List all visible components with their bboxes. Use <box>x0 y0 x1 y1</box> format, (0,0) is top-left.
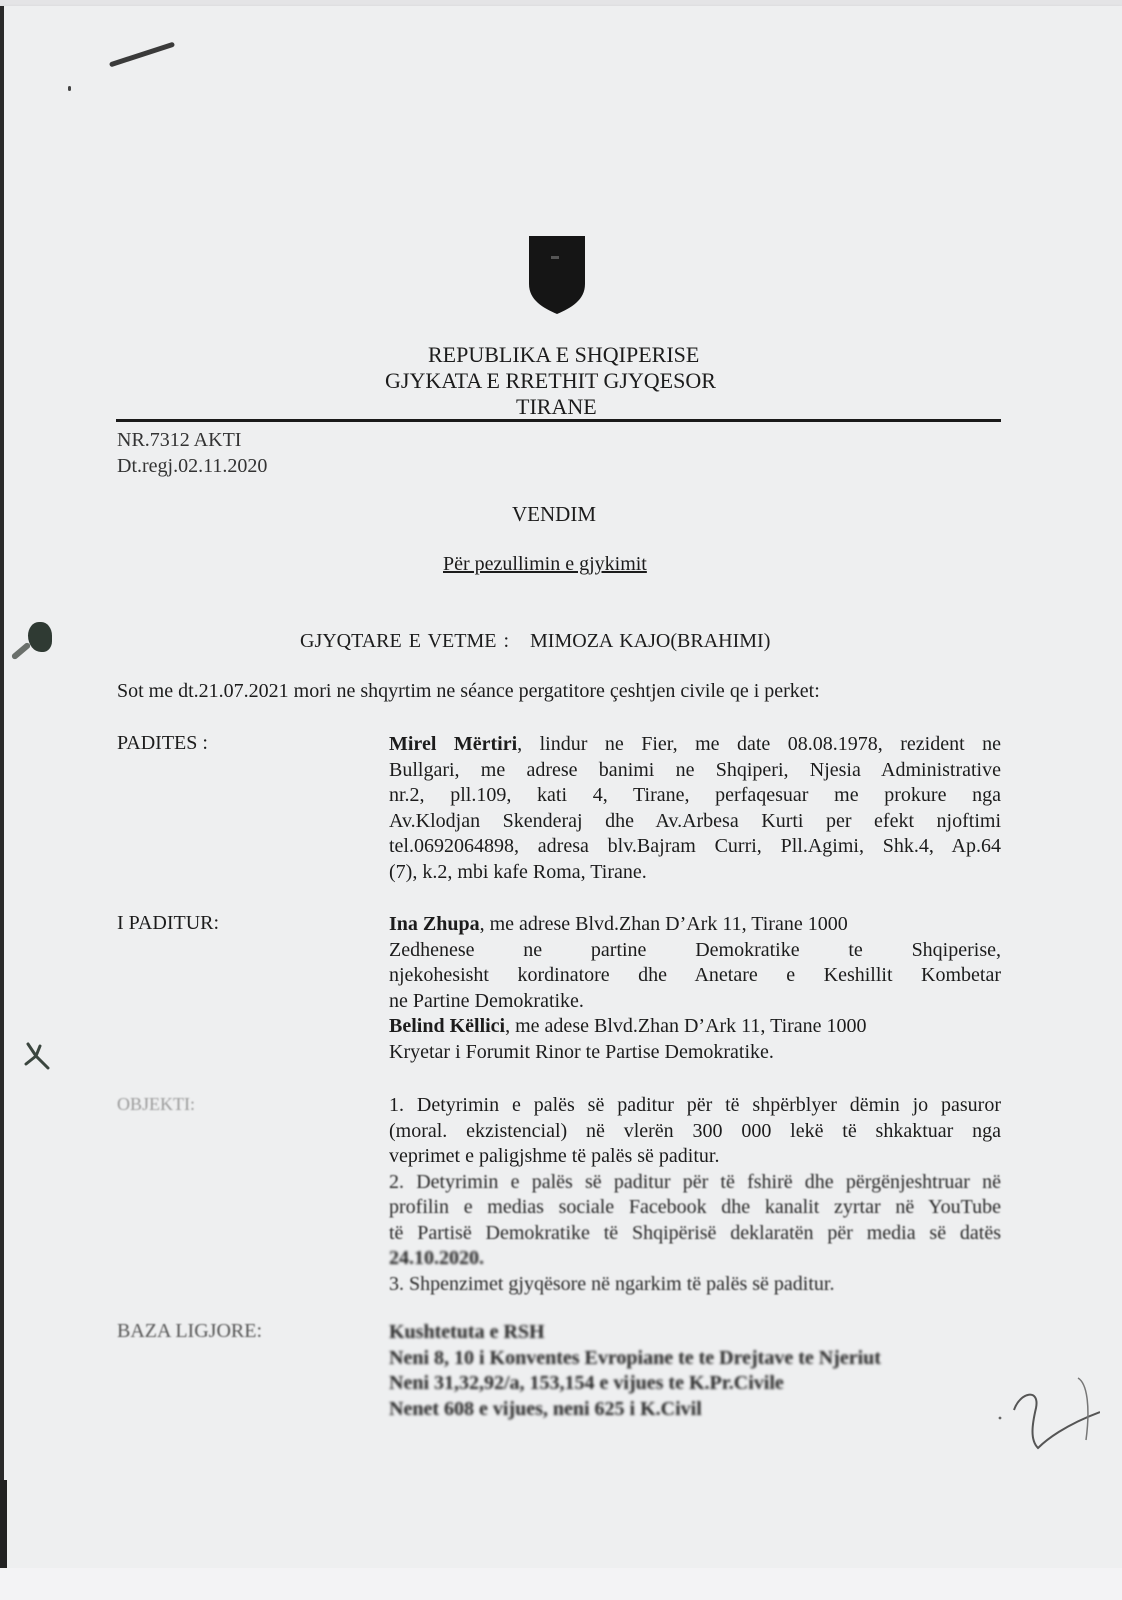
document-title: VENDIM <box>512 502 596 527</box>
albanian-coat-of-arms-icon <box>527 234 587 314</box>
legal-basis-line: Neni 31,32,92/a, 153,154 e vijues te K.P… <box>389 1371 949 1397</box>
defendant-line: , me adese Blvd.Zhan D’Ark 11, Tirane 10… <box>505 1015 866 1037</box>
plaintiff-line: tel.0692064898, adresa blv.Bajram Curri,… <box>389 834 1001 860</box>
object-line: 1. Detyrimin e palës së paditur për të s… <box>389 1093 1001 1119</box>
defendant-details: Ina Zhupa, me adrese Blvd.Zhan D’Ark 11,… <box>389 912 1001 1065</box>
legal-basis-label: BAZA LIGJORE: <box>117 1320 262 1343</box>
defendant-line: Zedhenese ne partine Demokratike te Shqi… <box>389 938 1001 964</box>
defendant-label: I PADITUR: <box>117 912 219 935</box>
defendant-1-name: Ina Zhupa <box>389 913 480 935</box>
ink-scratch-mark <box>22 1040 52 1070</box>
ink-dot-mark <box>68 86 71 91</box>
object-line: 3. Shpenzimet gjyqësore në ngarkim të pa… <box>389 1272 1001 1298</box>
object-details: 1. Detyrimin e palës së paditur për të s… <box>389 1093 1001 1297</box>
left-edge-shadow <box>0 1480 7 1568</box>
object-line: 2. Detyrimin e palës së paditur për të f… <box>389 1170 1001 1196</box>
object-line: profilin e medias sociale Facebook dhe k… <box>389 1195 1001 1221</box>
ink-blot-mark <box>28 622 52 652</box>
legal-basis-line: Nenet 608 e vijues, neni 625 i K.Civil <box>389 1397 949 1423</box>
registration-date: Dt.regj.02.11.2020 <box>117 453 267 479</box>
defendant-line: , me adrese Blvd.Zhan D’Ark 11, Tirane 1… <box>480 913 848 935</box>
case-meta: NR.7312 AKTI Dt.regj.02.11.2020 <box>117 427 267 479</box>
defendant-2-name: Belind Këllici <box>389 1015 505 1037</box>
plaintiff-line: (7), k.2, mbi kafe Roma, Tirane. <box>389 860 1001 886</box>
judge-line: GJYQTARE E VETME : MIMOZA KAJO(BRAHIMI) <box>300 630 770 653</box>
court-header: REPUBLIKA E SHQIPERISE <box>428 342 728 368</box>
plaintiff-line: nr.2, pll.109, kati 4, Tirane, perfaqesu… <box>389 783 1001 809</box>
plaintiff-name: Mirel Mërtiri <box>389 733 517 755</box>
object-label: OBJEKTI: <box>117 1094 195 1115</box>
bottom-margin <box>0 1568 1122 1600</box>
header-line-court: GJYKATA E RRETHIT GJYQESOR <box>385 368 716 394</box>
header-line-city: TIRANE <box>516 394 597 420</box>
object-line: 24.10.2020. <box>389 1246 1001 1272</box>
document-subtitle: Për pezullimin e gjykimit <box>443 553 647 576</box>
header-divider <box>116 419 1001 422</box>
defendant-line: Kryetar i Forumit Rinor te Partise Demok… <box>389 1040 1001 1066</box>
header-line-republic: REPUBLIKA E SHQIPERISE <box>428 342 728 368</box>
object-line: të Partisë Demokratike të Shqipërisë dek… <box>389 1221 1001 1247</box>
legal-basis-line: Kushtetuta e RSH <box>389 1320 949 1346</box>
defendant-line: ne Partine Demokratike. <box>389 989 1001 1015</box>
legal-basis-line: Neni 8, 10 i Konventes Evropiane te te D… <box>389 1346 949 1372</box>
object-line: (moral. ekzistencial) në vlerën 300 000 … <box>389 1119 1001 1145</box>
intro-line: Sot me dt.21.07.2021 mori ne shqyrtim ne… <box>117 680 820 703</box>
plaintiff-details: Mirel Mërtiri, lindur ne Fier, me date 0… <box>389 732 1001 885</box>
plaintiff-line: Av.Klodjan Skenderaj dhe Av.Arbesa Kurti… <box>389 809 1001 835</box>
object-line: veprimet e paligjshme të palës së paditu… <box>389 1144 1001 1170</box>
legal-basis-details: Kushtetuta e RSH Neni 8, 10 i Konventes … <box>389 1320 949 1422</box>
case-number: NR.7312 AKTI <box>117 427 267 453</box>
signature-mark <box>990 1370 1100 1460</box>
plaintiff-label: PADITES : <box>117 732 208 755</box>
defendant-line: njekohesisht kordinatore dhe Anetare e K… <box>389 963 1001 989</box>
plaintiff-line: Bullgari, me adrese banimi ne Shqiperi, … <box>389 758 1001 784</box>
plaintiff-line: , lindur ne Fier, me date 08.08.1978, re… <box>517 733 1001 755</box>
